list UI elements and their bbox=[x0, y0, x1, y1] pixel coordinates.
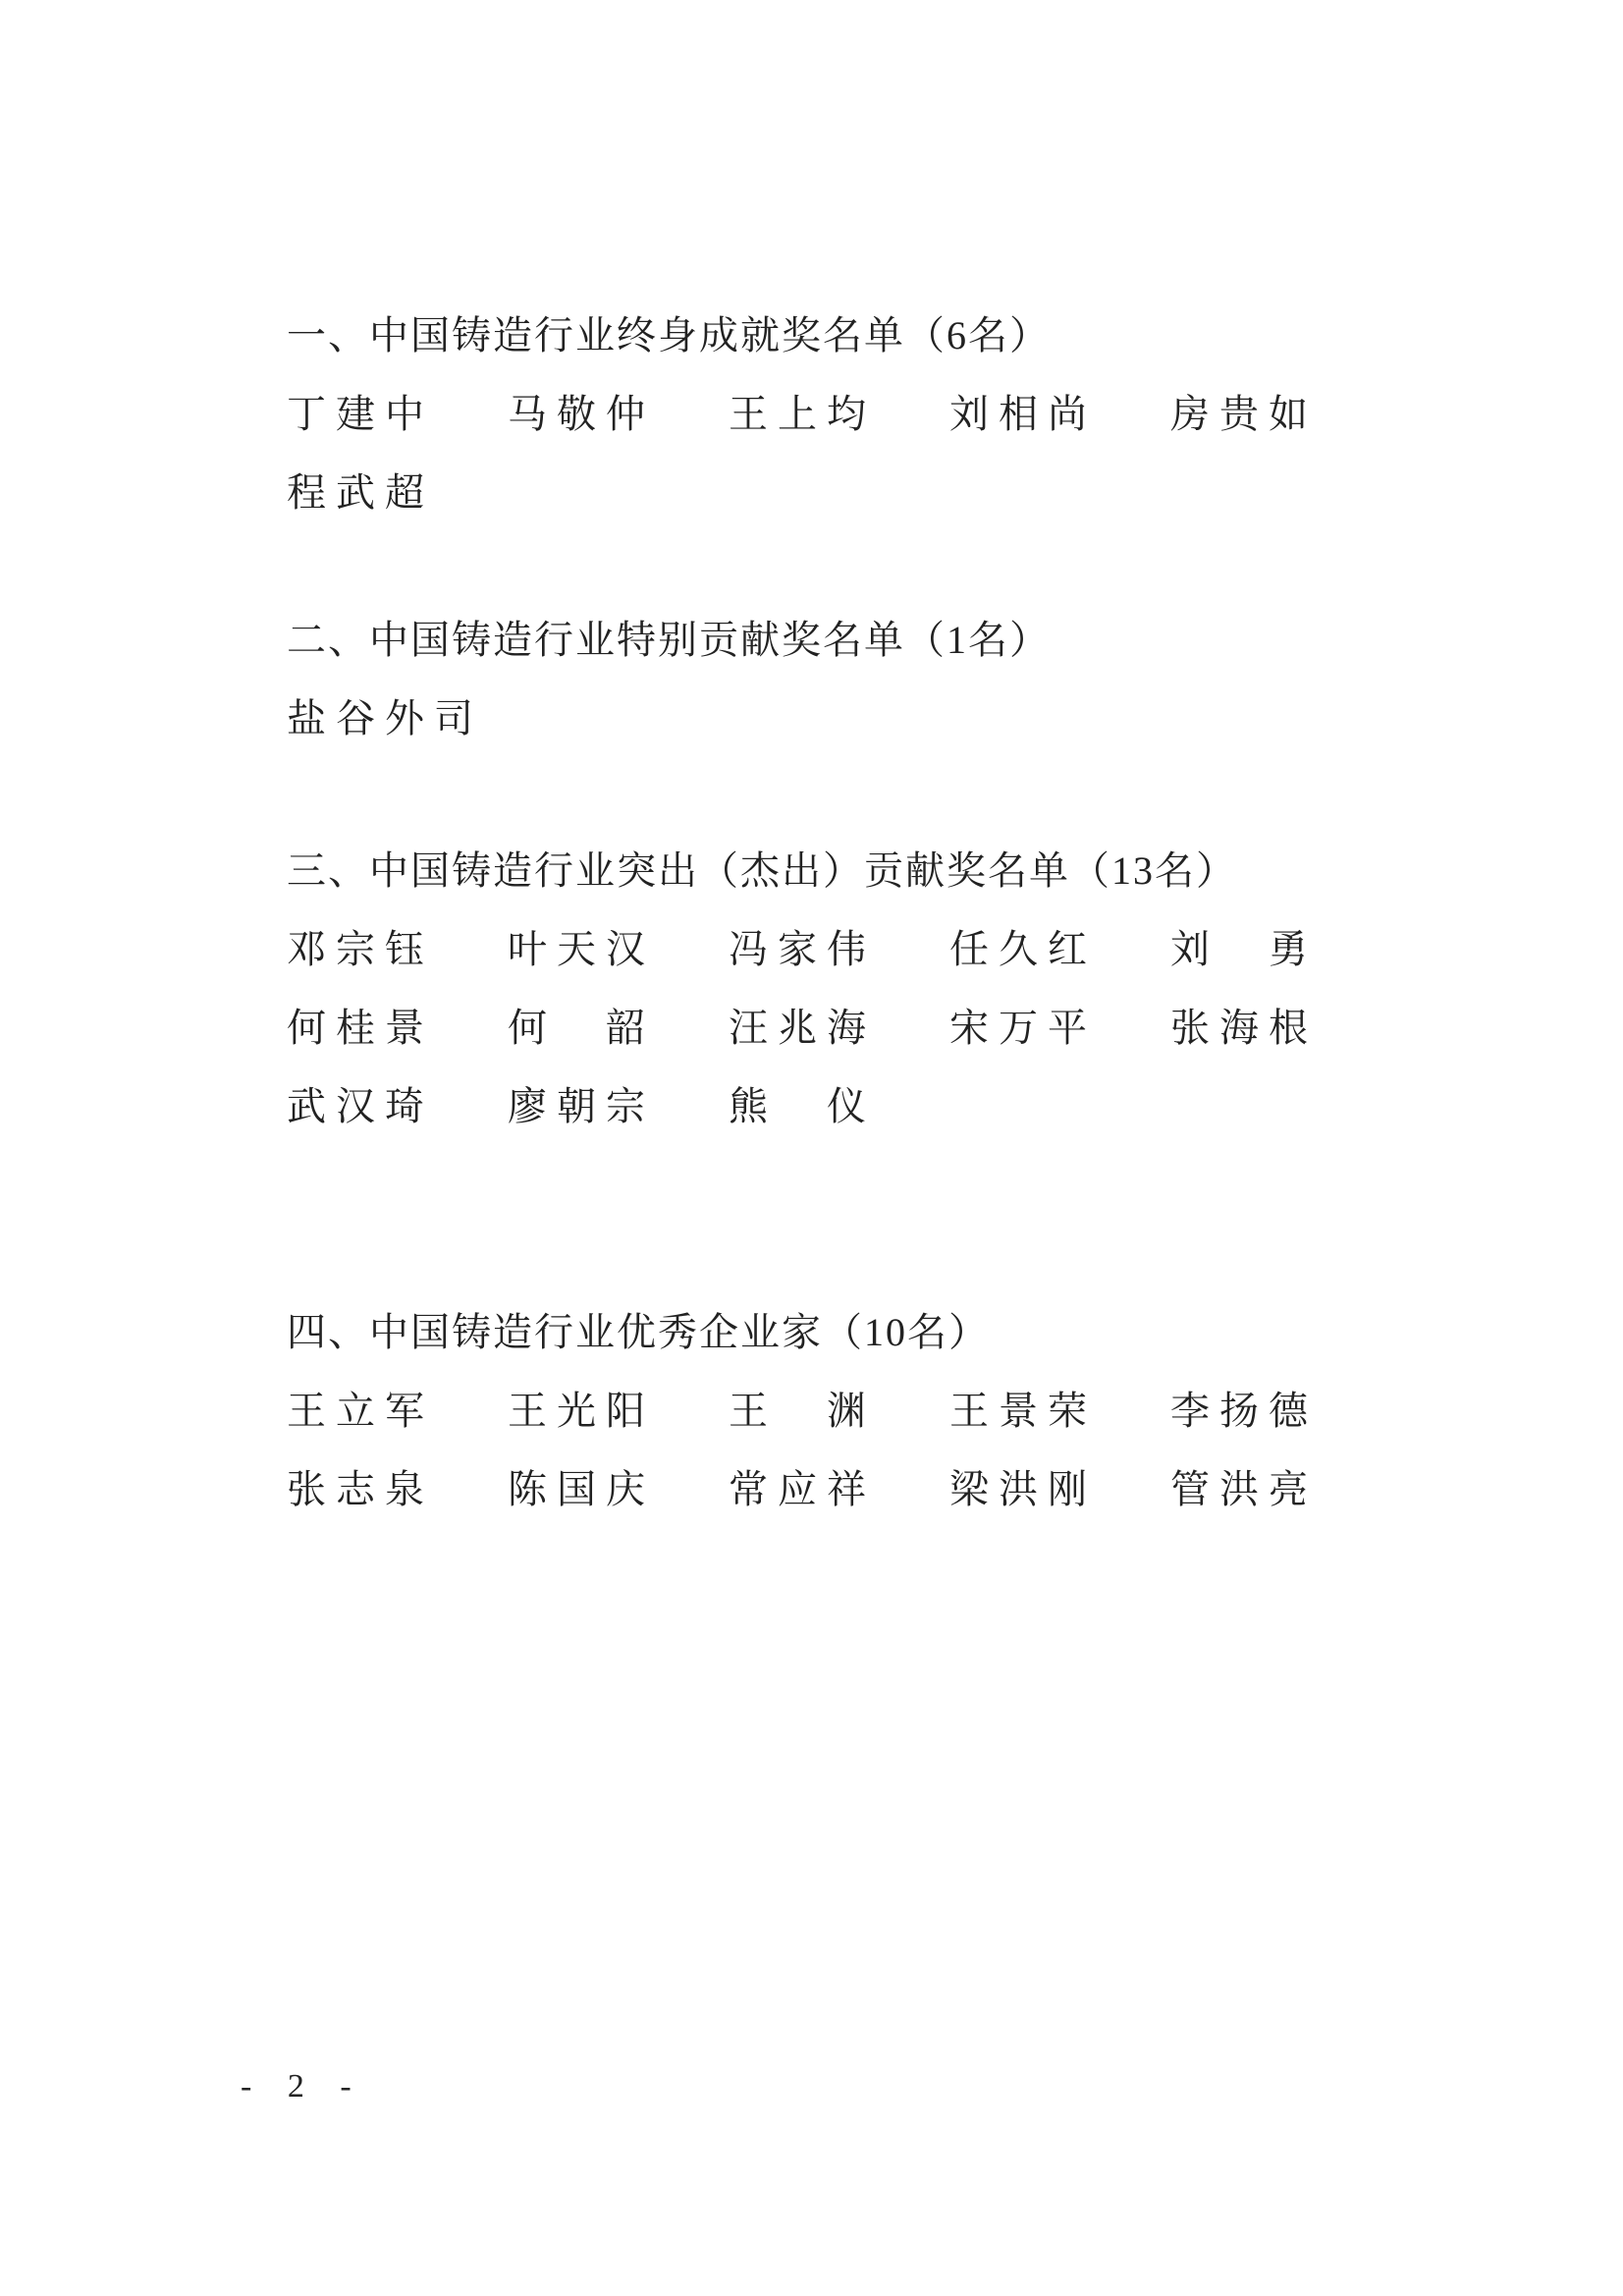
name-row: 丁建中马敬仲王上均刘相尚房贵如 bbox=[287, 375, 1465, 454]
awardee-name: 马敬仲 bbox=[508, 375, 729, 454]
section-heading: 二、中国铸造行业特别贡献奖名单（1名） bbox=[287, 601, 1465, 680]
awardee-name: 冯家伟 bbox=[729, 910, 949, 989]
awardee-name: 廖朝宗 bbox=[508, 1067, 729, 1146]
awardee-name: 梁洪刚 bbox=[949, 1450, 1170, 1529]
awardee-name: 李扬德 bbox=[1170, 1372, 1391, 1450]
name-row: 王立军王光阳王 渊王景荣李扬德 bbox=[287, 1372, 1465, 1450]
name-row: 何桂景何 韶汪兆海宋万平张海根 bbox=[287, 989, 1465, 1067]
awardee-name: 何 韶 bbox=[508, 989, 729, 1067]
name-row: 张志泉陈国庆常应祥梁洪刚管洪亮 bbox=[287, 1450, 1465, 1529]
awardee-name: 丁建中 bbox=[287, 375, 508, 454]
awardee-name: 王上均 bbox=[729, 375, 949, 454]
document-page: 一、中国铸造行业终身成就奖名单（6名） 丁建中马敬仲王上均刘相尚房贵如 程武超 … bbox=[0, 0, 1623, 2296]
awardee-name: 张海根 bbox=[1170, 989, 1391, 1067]
section-heading: 四、中国铸造行业优秀企业家（10名） bbox=[287, 1293, 1465, 1372]
awardee-name: 张志泉 bbox=[287, 1450, 508, 1529]
awardee-name: 刘 勇 bbox=[1170, 910, 1391, 989]
awardee-name: 盐谷外司 bbox=[287, 680, 508, 758]
awardee-name: 武汉琦 bbox=[287, 1067, 508, 1146]
awardee-name: 管洪亮 bbox=[1170, 1450, 1391, 1529]
awardee-name: 房贵如 bbox=[1170, 375, 1391, 454]
awardee-name: 常应祥 bbox=[729, 1450, 949, 1529]
award-section-excellent-entrepreneurs: 四、中国铸造行业优秀企业家（10名） 王立军王光阳王 渊王景荣李扬德 张志泉陈国… bbox=[287, 1293, 1465, 1529]
awardee-name: 何桂景 bbox=[287, 989, 508, 1067]
section-heading: 一、中国铸造行业终身成就奖名单（6名） bbox=[287, 297, 1465, 375]
document-body: 一、中国铸造行业终身成就奖名单（6名） 丁建中马敬仲王上均刘相尚房贵如 程武超 … bbox=[287, 297, 1465, 1529]
awardee-name: 王景荣 bbox=[949, 1372, 1170, 1450]
awardee-name: 邓宗钰 bbox=[287, 910, 508, 989]
section-heading: 三、中国铸造行业突出（杰出）贡献奖名单（13名） bbox=[287, 832, 1465, 910]
awardee-name: 叶天汉 bbox=[508, 910, 729, 989]
awardee-name: 王 渊 bbox=[729, 1372, 949, 1450]
award-section-lifetime-achievement: 一、中国铸造行业终身成就奖名单（6名） 丁建中马敬仲王上均刘相尚房贵如 程武超 bbox=[287, 297, 1465, 532]
name-row: 程武超 bbox=[287, 454, 1465, 532]
award-section-outstanding-contribution: 三、中国铸造行业突出（杰出）贡献奖名单（13名） 邓宗钰叶天汉冯家伟任久红刘 勇… bbox=[287, 832, 1465, 1146]
awardee-name: 刘相尚 bbox=[949, 375, 1170, 454]
name-row: 武汉琦廖朝宗熊 仪 bbox=[287, 1067, 1465, 1146]
awardee-name: 程武超 bbox=[287, 454, 508, 532]
name-row: 邓宗钰叶天汉冯家伟任久红刘 勇 bbox=[287, 910, 1465, 989]
awardee-name: 王立军 bbox=[287, 1372, 508, 1450]
awardee-name: 汪兆海 bbox=[729, 989, 949, 1067]
awardee-name: 宋万平 bbox=[949, 989, 1170, 1067]
awardee-name: 熊 仪 bbox=[729, 1067, 949, 1146]
page-number: - 2 - bbox=[241, 2062, 365, 2111]
awardee-name: 陈国庆 bbox=[508, 1450, 729, 1529]
award-section-special-contribution: 二、中国铸造行业特别贡献奖名单（1名） 盐谷外司 bbox=[287, 601, 1465, 758]
awardee-name: 王光阳 bbox=[508, 1372, 729, 1450]
awardee-name: 任久红 bbox=[949, 910, 1170, 989]
name-row: 盐谷外司 bbox=[287, 680, 1465, 758]
